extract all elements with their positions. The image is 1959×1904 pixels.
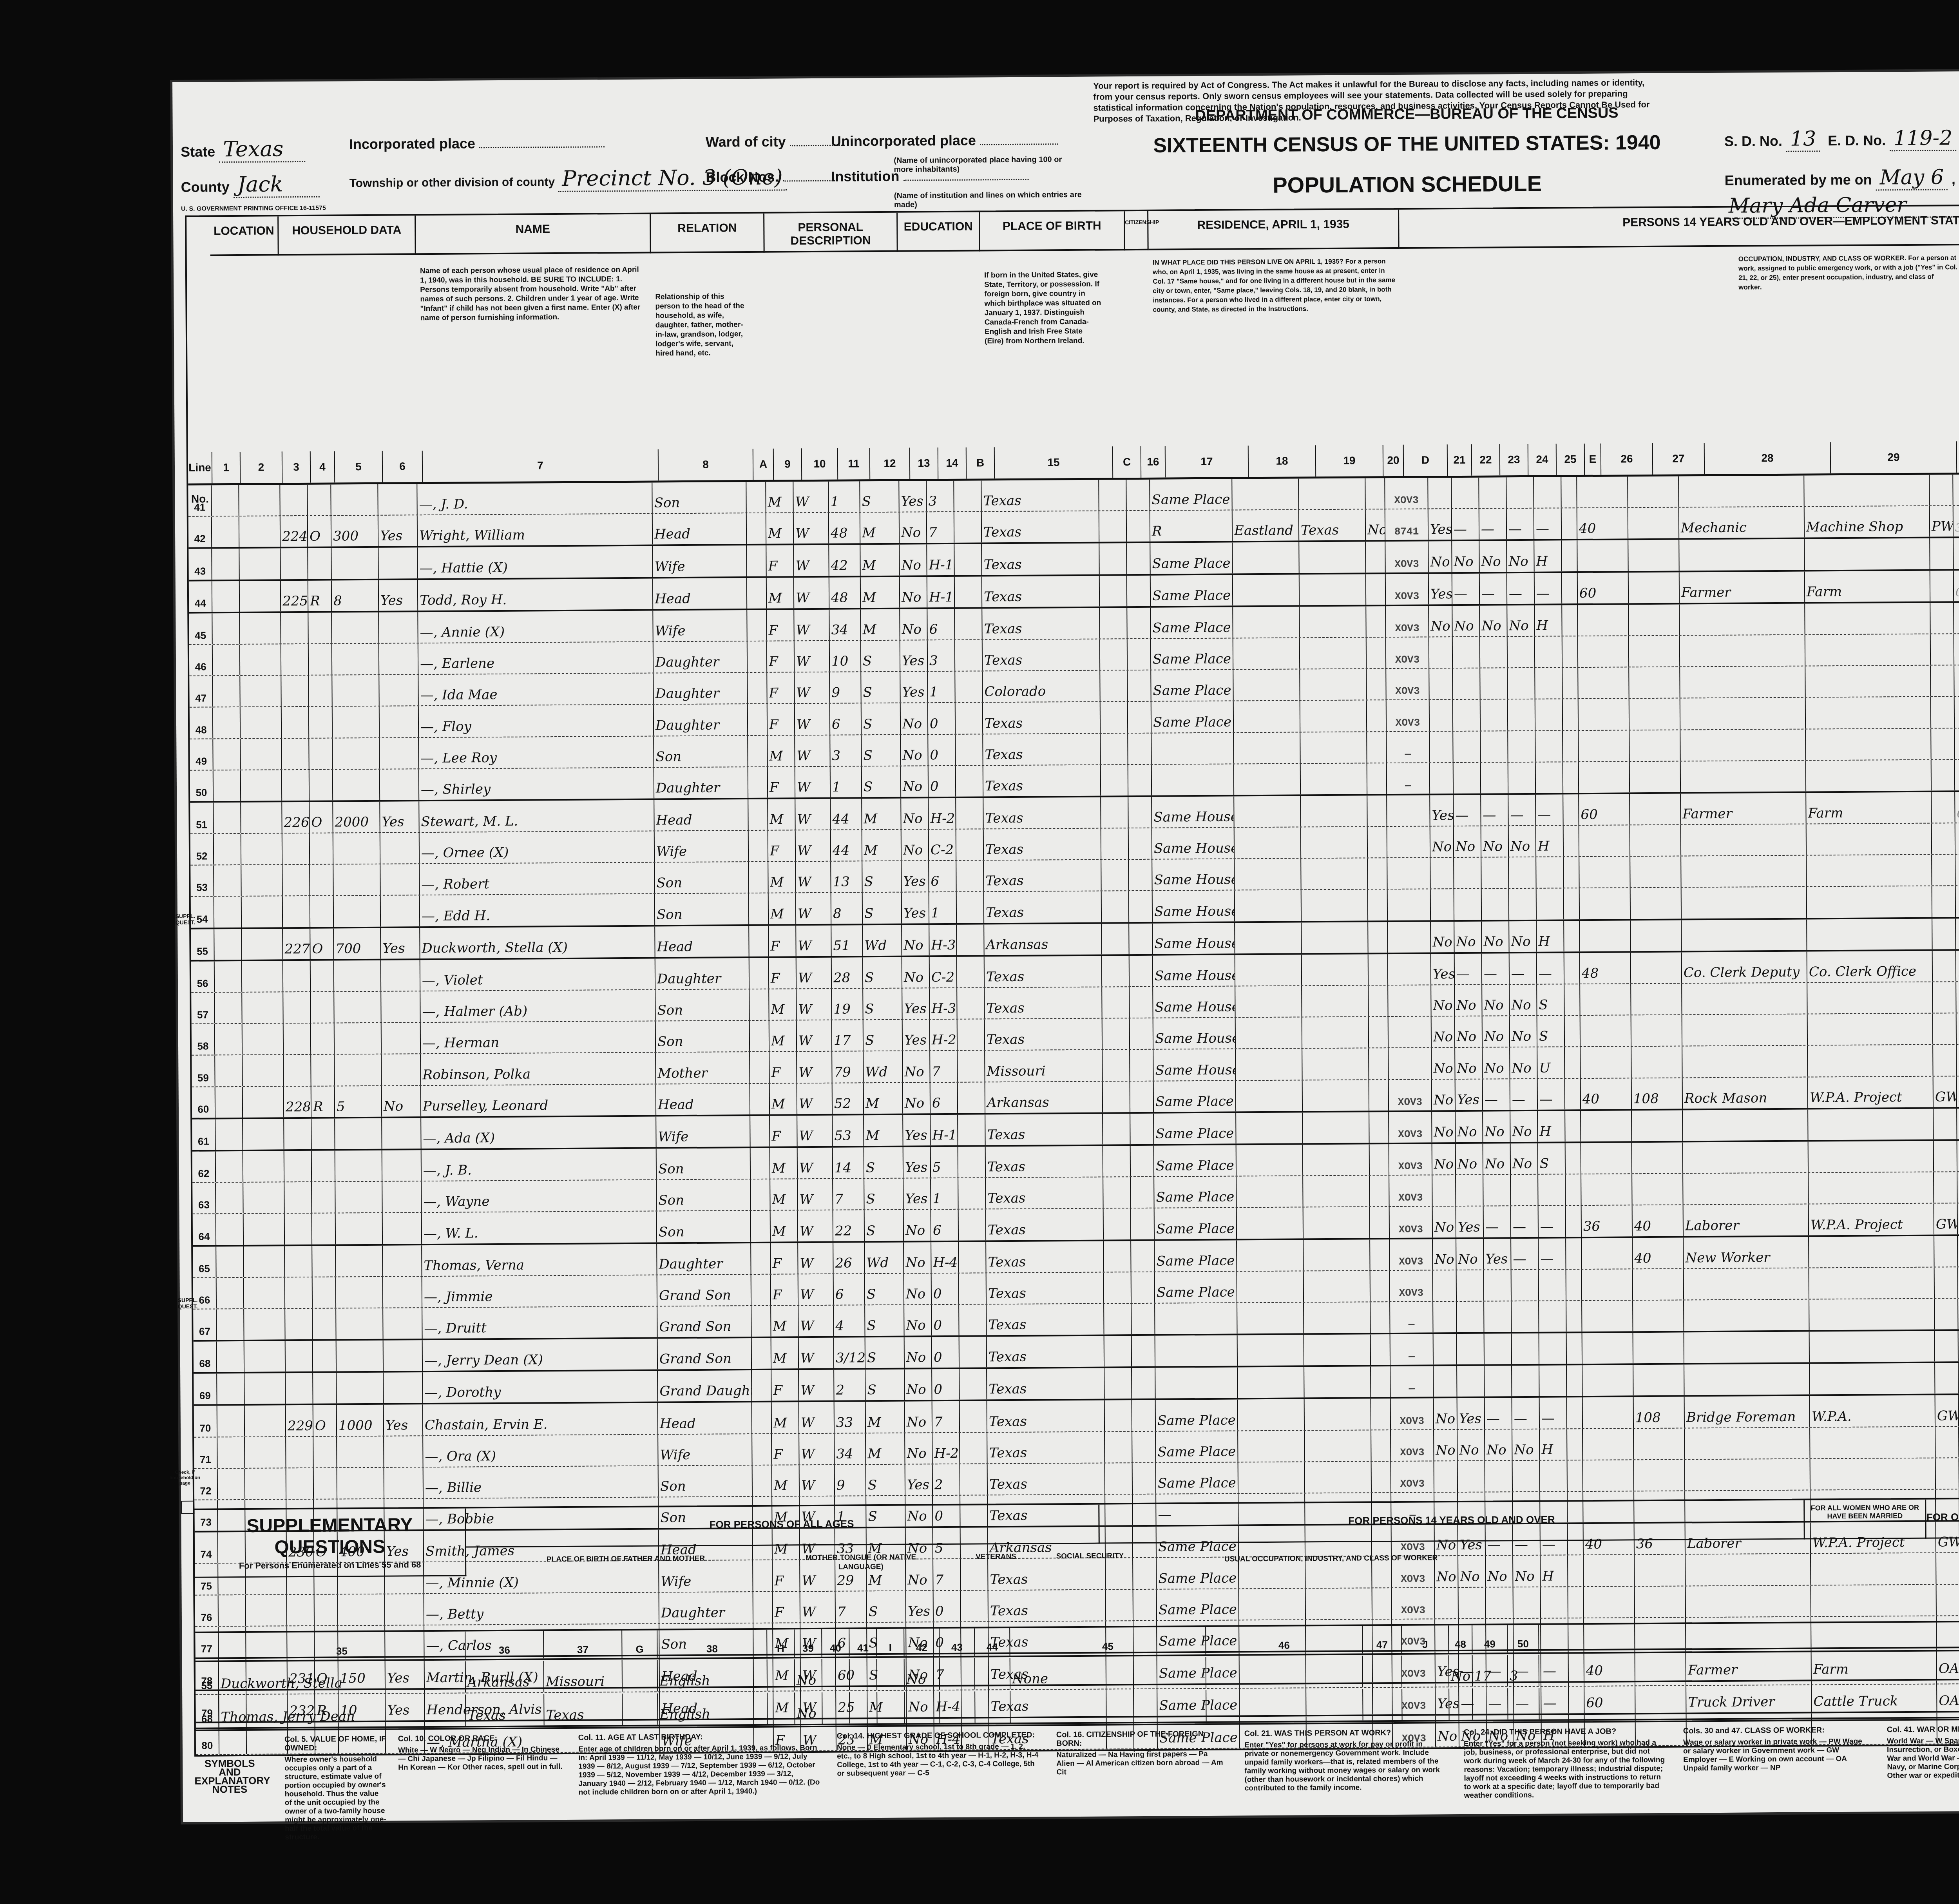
cell-val <box>337 1436 384 1467</box>
cell-age: 48 <box>829 513 860 543</box>
cell-race: W <box>799 1338 834 1369</box>
cell-w25 <box>1540 1460 1568 1491</box>
cell-stamp: XOV3 <box>1385 542 1429 572</box>
cell-blank <box>956 798 983 829</box>
cell-blank <box>958 1114 985 1145</box>
cell-own: O <box>310 928 334 959</box>
census-sheet: Your report is required by Act of Congre… <box>172 69 1959 1822</box>
printing-office: U. S. GOVERNMENT PRINTING OFFICE 16-1157… <box>181 205 326 213</box>
cell-own <box>313 1341 337 1372</box>
cell-mar: S <box>864 1147 903 1178</box>
cell-line: 48 <box>190 708 213 739</box>
cell-blank <box>215 1119 243 1150</box>
cell-occ: Mechanic <box>1679 507 1805 538</box>
cell-hrs <box>1579 857 1630 888</box>
cell-name: —, Violet <box>420 958 655 991</box>
supp-cell-ss <box>905 1692 940 1723</box>
cell-grade: 0 <box>928 734 956 765</box>
cell-name: —, Earlene <box>418 642 654 674</box>
cell-sex: M <box>772 1465 800 1496</box>
cell-blank <box>751 1211 771 1241</box>
cell-w22: Yes <box>1457 1398 1485 1429</box>
cell-blank <box>1132 1400 1156 1431</box>
cell-blank <box>751 1179 770 1210</box>
cell-w24: — <box>1512 1398 1540 1429</box>
cell-occ <box>1684 1364 1810 1395</box>
cell-code: 000 VV 4 <box>1955 792 1959 823</box>
cell-blank <box>1566 1143 1581 1174</box>
cell-hrs <box>1583 1397 1634 1428</box>
cell-stamp: — <box>1387 763 1430 794</box>
cell-rel: Son <box>652 482 746 513</box>
cell-sex: M <box>771 1338 799 1369</box>
cell-val <box>333 738 380 769</box>
cell-w23 <box>1484 1270 1512 1301</box>
cell-line: 47 <box>189 676 213 707</box>
cell-blank <box>1132 1368 1155 1399</box>
supp-cell-usual_occ: None <box>1010 1657 1206 1689</box>
cell-blank <box>1132 1431 1156 1462</box>
cell-name: —, Druitt <box>422 1306 657 1339</box>
cell-grade: 7 <box>932 1401 960 1432</box>
cell-hh <box>285 1246 312 1277</box>
note-col14: Col. 14. HIGHEST GRADE OF SCHOOL COMPLET… <box>837 1731 1041 1778</box>
cell-cls <box>1934 1172 1957 1203</box>
cell-w24: — <box>1507 573 1535 604</box>
cell-rel: Grand Son <box>657 1275 751 1306</box>
cell-birth: Texas <box>987 1432 1105 1463</box>
cell-rel: Wife <box>653 610 747 641</box>
cell-birth: Texas <box>982 576 1100 607</box>
cell-line: 50 <box>190 770 214 801</box>
unincorporated-field: Unincorporated place <box>831 132 1058 150</box>
cell-blank <box>956 766 983 797</box>
cell-hh <box>286 1341 313 1372</box>
cell-rel: Daughter <box>654 673 748 704</box>
cell-occ <box>1683 1109 1808 1141</box>
cell-rel: Head <box>656 1084 750 1115</box>
cell-w22: No <box>1456 1239 1484 1270</box>
note-col21: Col. 21. WAS THIS PERSON AT WORK?Enter "… <box>1244 1728 1448 1793</box>
cell-res: Same House <box>1153 1049 1236 1080</box>
incorporated-place-field: Incorporated place <box>349 134 605 152</box>
cell-w23: — <box>1479 509 1507 540</box>
cell-blank <box>1129 923 1153 954</box>
cell-line: 63 <box>192 1183 216 1214</box>
cell-state <box>1304 1334 1371 1365</box>
cell-line: 60 <box>192 1087 215 1118</box>
cell-blank <box>1104 1368 1132 1399</box>
supp-cell-name: Thomas, Jerry Dean <box>219 1695 466 1728</box>
cell-farm <box>379 675 418 706</box>
cell-name: Robinson, Polka <box>421 1053 656 1085</box>
cell-hrs: 48 <box>1580 953 1631 984</box>
cell-blank <box>1130 987 1153 1018</box>
supp-cell-blank <box>1206 1656 1363 1688</box>
cell-mar: S <box>863 957 902 988</box>
cell-farm <box>384 1372 423 1403</box>
cell-sch: No <box>905 1337 932 1368</box>
cell-blank <box>1100 639 1128 670</box>
cell-state <box>1300 638 1367 668</box>
cell-w25: S <box>1538 1143 1566 1174</box>
cell-state <box>1302 986 1369 1016</box>
suppl-quest-label-68: SUPPL. QUEST. <box>176 1297 199 1310</box>
supp-group-women: FOR ALL WOMEN WHO ARE OR HAVE BEEN MARRI… <box>1805 1500 1926 1540</box>
cell-val: 5 <box>335 1086 382 1117</box>
cell-birth: Texas <box>986 1178 1103 1209</box>
cell-blank <box>1127 575 1151 606</box>
cell-line: 53 <box>190 866 214 897</box>
cell-farm35 <box>1368 858 1387 889</box>
cell-grade: 0 <box>932 1337 960 1368</box>
cell-stamp: XOV3 <box>1386 637 1429 668</box>
cell-blank <box>1567 1398 1583 1428</box>
cell-hh: 226 <box>282 802 310 833</box>
cell-blank <box>1100 670 1128 701</box>
cell-blank <box>1131 1177 1154 1208</box>
cell-sch: Yes <box>899 481 927 512</box>
cell-birth: Texas <box>988 1463 1105 1495</box>
supp-cell-father: Arkansas <box>466 1661 544 1692</box>
cell-stamp: XOV3 <box>1386 606 1429 637</box>
note-col30: Cols. 30 and 47. CLASS OF WORKER:Wage or… <box>1683 1726 1868 1773</box>
cell-name: —, Herman <box>421 1022 656 1054</box>
cell-sex: F <box>768 830 796 861</box>
cell-w24: — <box>1511 1238 1539 1269</box>
cell-sex: M <box>769 989 797 1020</box>
cell-blank <box>748 641 767 672</box>
cell-cls <box>1935 1267 1958 1298</box>
cell-val <box>335 1054 382 1085</box>
cell-occ <box>1683 1141 1809 1173</box>
cell-farm35 <box>1370 1207 1390 1237</box>
cell-farm <box>383 1308 422 1339</box>
cell-blank <box>1101 860 1129 891</box>
cell-blank <box>750 1083 770 1114</box>
cell-name: —, J. D. <box>417 483 652 515</box>
cell-farm35 <box>1371 1430 1391 1461</box>
cell-ind <box>1808 1109 1934 1140</box>
supp-cell-blank <box>940 1658 975 1690</box>
cell-hh <box>286 1437 313 1467</box>
cell-name: Todd, Roy H. <box>418 578 653 611</box>
cell-hrs <box>1582 1269 1633 1300</box>
cell-age: 10 <box>830 641 861 672</box>
cell-mar: S <box>861 672 900 703</box>
cell-age: 26 <box>833 1243 865 1274</box>
cell-val <box>336 1213 383 1244</box>
cell-state: Texas <box>1299 510 1366 541</box>
cell-w22: No <box>1455 1016 1483 1047</box>
county-value: Jack <box>233 172 319 198</box>
cell-cls: PW <box>1930 506 1954 537</box>
cell-farm35 <box>1370 1144 1389 1175</box>
cell-birth: Texas <box>986 1146 1103 1177</box>
cell-occ <box>1685 1459 1811 1490</box>
cell-own <box>313 1308 336 1339</box>
cell-county <box>1236 1018 1302 1049</box>
cell-blank <box>750 1116 770 1146</box>
cell-cls <box>1930 603 1954 634</box>
cell-hh <box>282 865 310 896</box>
household-checkbox[interactable] <box>181 1501 194 1514</box>
cell-line: 67 <box>193 1309 217 1340</box>
cell-blank <box>749 893 769 924</box>
cell-blank <box>747 610 767 641</box>
cell-blank <box>1130 1018 1153 1049</box>
cell-blank <box>749 831 768 861</box>
supp-cell-blank <box>877 1692 905 1723</box>
cell-line: 61 <box>192 1119 215 1150</box>
cell-blank <box>1104 1304 1132 1335</box>
cell-blank <box>1101 828 1129 859</box>
cell-code <box>1954 665 1959 696</box>
cell-w24 <box>1508 762 1536 793</box>
cell-line: 71 <box>194 1437 217 1468</box>
cell-blank <box>1131 1208 1155 1239</box>
cell-hrs <box>1578 667 1629 698</box>
supp-cell-tongue: English <box>658 1659 768 1692</box>
cell-own <box>308 485 331 516</box>
cell-mar: Wd <box>863 925 902 956</box>
cell-blank <box>956 734 983 765</box>
cell-wks <box>1629 667 1680 698</box>
cell-blank <box>956 861 984 892</box>
cell-ind: W.P.A. Project <box>1809 1204 1934 1235</box>
cell-grade: H-4 <box>931 1242 959 1273</box>
cell-hh <box>282 707 309 738</box>
cell-hrs <box>1578 605 1629 636</box>
cell-county <box>1237 1208 1304 1239</box>
cell-w25: — <box>1537 953 1564 984</box>
cell-own <box>313 1437 337 1467</box>
cell-blank <box>1129 891 1153 922</box>
cell-blank <box>1129 828 1152 859</box>
cell-blank <box>959 1304 987 1335</box>
cell-name: —, J. B. <box>422 1149 657 1181</box>
cell-age: 3 <box>830 735 862 766</box>
cell-rel: Head <box>655 926 749 957</box>
cell-hrs: 40 <box>1581 1078 1632 1109</box>
cell-rel: Son <box>657 1179 751 1211</box>
cell-age: 34 <box>835 1433 866 1464</box>
cell-blank <box>1126 480 1150 511</box>
cell-age: 9 <box>835 1465 866 1496</box>
supp-col-number: I <box>877 1629 904 1656</box>
cell-birth: Texas <box>986 1241 1104 1272</box>
cell-ind <box>1807 824 1932 855</box>
cell-code: 000 VV 4 <box>1954 570 1959 601</box>
cell-stamp <box>1387 858 1430 889</box>
cell-grade: 0 <box>929 766 956 797</box>
cell-sex: M <box>770 1148 798 1179</box>
cell-w25: S <box>1537 1016 1565 1047</box>
cell-farm35 <box>1369 1017 1389 1047</box>
cell-wks <box>1633 1333 1684 1364</box>
cell-sch: No <box>901 766 929 797</box>
cell-cls <box>1930 475 1953 505</box>
cell-farm <box>384 1436 423 1467</box>
cell-age: 1 <box>829 481 860 512</box>
cell-code <box>1955 696 1959 728</box>
cell-age: 51 <box>831 925 863 956</box>
cell-wks: 40 <box>1633 1237 1684 1268</box>
cell-blank <box>747 545 766 576</box>
cell-wks <box>1630 825 1681 856</box>
cell-val <box>333 833 380 864</box>
cell-name: —, Floy <box>419 705 654 737</box>
cell-mar: M <box>866 1433 905 1464</box>
cell-race: W <box>793 482 829 513</box>
cell-wks <box>1629 636 1680 667</box>
cell-hrs <box>1582 1238 1633 1269</box>
cell-state <box>1302 1017 1369 1048</box>
check-household-note: Check, if household on page <box>169 1469 201 1486</box>
cell-blank <box>1562 508 1577 539</box>
cell-sch: Yes <box>903 1115 931 1146</box>
cell-val: 300 <box>331 516 378 547</box>
cell-birth: Texas <box>985 956 1102 987</box>
cell-birth: Texas <box>983 702 1101 734</box>
cell-w21: No <box>1432 1144 1456 1175</box>
cell-res: Same House <box>1153 955 1235 986</box>
cell-sch: No <box>904 1274 932 1304</box>
cell-w21 <box>1432 1175 1456 1206</box>
ward-field: Ward of city <box>706 133 845 150</box>
group-location: LOCATION <box>210 216 279 256</box>
cell-line: 68 <box>194 1341 217 1372</box>
cell-age: 1 <box>831 766 862 797</box>
supp-cell-line: 68 <box>196 1696 219 1727</box>
cell-farm: Yes <box>384 1405 423 1436</box>
cell-county <box>1234 796 1301 827</box>
cell-rel: Son <box>657 1148 751 1179</box>
cell-occ <box>1681 761 1806 792</box>
cell-w22 <box>1453 700 1481 731</box>
cell-res: Same House <box>1153 923 1235 954</box>
cell-county <box>1235 922 1302 953</box>
cell-val <box>337 1373 384 1404</box>
cell-farm <box>382 1023 421 1054</box>
cell-hrs <box>1579 699 1629 730</box>
cell-code: 988 V9 2 <box>1958 1203 1959 1234</box>
cell-w23 <box>1485 1366 1512 1397</box>
cell-hrs: 60 <box>1579 794 1630 825</box>
cell-blank <box>245 1468 286 1499</box>
cell-code <box>1956 886 1959 917</box>
cell-state <box>1305 1430 1371 1461</box>
cell-farm35 <box>1367 732 1387 763</box>
cell-stamp: XOV3 <box>1389 1112 1432 1143</box>
cell-w23: — <box>1485 1398 1512 1429</box>
cell-occ <box>1682 919 1807 951</box>
cell-val <box>332 675 379 706</box>
cell-hh: 227 <box>283 929 310 960</box>
supp-col-number: 46 <box>1206 1626 1363 1654</box>
cell-race: W <box>797 958 832 989</box>
county-field: County Jack <box>181 172 319 198</box>
cell-hrs <box>1580 920 1631 951</box>
cell-wks <box>1631 920 1682 951</box>
cell-hh: 228 <box>284 1086 311 1117</box>
cell-blank <box>239 516 281 547</box>
cell-county <box>1233 670 1300 701</box>
cell-line: 46 <box>189 645 213 676</box>
cell-sex: F <box>767 641 795 672</box>
cell-occ <box>1679 539 1805 571</box>
group-citizenship: CITIZENSHIP <box>1125 211 1149 250</box>
cell-occ <box>1681 824 1807 856</box>
cell-w23: — <box>1483 1079 1510 1110</box>
cell-wks: 40 <box>1633 1205 1684 1236</box>
cell-w24: No <box>1510 1047 1537 1078</box>
cell-w23 <box>1485 1333 1512 1364</box>
cell-race: W <box>798 1210 833 1241</box>
cell-stamp: XOV3 <box>1391 1461 1434 1492</box>
cell-sex: M <box>767 578 794 609</box>
column-headers: LOCATION HOUSEHOLD DATA NAME RELATION PE… <box>186 205 1959 486</box>
cell-ind: Co. Clerk Office <box>1807 951 1933 982</box>
cell-farm35 <box>1371 1334 1390 1365</box>
cell-stamp: XOV3 <box>1387 700 1430 731</box>
cell-w25 <box>1537 889 1564 920</box>
cell-occ: Rock Mason <box>1683 1077 1808 1109</box>
cell-blank <box>1132 1304 1155 1335</box>
cell-w25: H <box>1534 541 1562 572</box>
cell-farm35 <box>1365 478 1385 509</box>
cell-grade: H-2 <box>929 798 956 829</box>
cell-name: —, Billie <box>424 1466 659 1498</box>
cell-mar: S <box>864 1179 903 1210</box>
cell-w22: — <box>1455 953 1482 984</box>
cell-birth: Texas <box>986 1209 1104 1240</box>
cell-cls <box>1932 823 1955 854</box>
cell-sch: No <box>905 1369 932 1400</box>
cell-w21: Yes <box>1431 954 1455 985</box>
cell-county <box>1236 1049 1302 1080</box>
cell-val: 8 <box>332 580 379 611</box>
cell-birth: Texas <box>982 543 1099 575</box>
occupation-instructions: OCCUPATION, INDUSTRY, AND CLASS OF WORKE… <box>1738 253 1958 292</box>
cell-blank <box>1563 731 1579 761</box>
cell-stamp: XOV3 <box>1389 1144 1432 1175</box>
cell-state <box>1299 542 1366 573</box>
cell-state <box>1302 890 1368 921</box>
cell-grade: 0 <box>932 1369 960 1400</box>
cell-farm <box>383 1277 422 1308</box>
cell-stamp: XOV3 <box>1390 1207 1433 1238</box>
cell-w25 <box>1535 668 1562 699</box>
cell-w25: H <box>1537 921 1564 952</box>
cell-farm: Yes <box>380 801 419 832</box>
cell-state <box>1302 1049 1369 1080</box>
cell-wks <box>1629 730 1680 761</box>
cell-w24: No <box>1510 1016 1537 1047</box>
cell-sex: F <box>772 1434 799 1465</box>
cell-birth: Texas <box>985 1019 1103 1050</box>
supp-cell-blank <box>850 1659 877 1690</box>
cell-w23: No <box>1483 1016 1510 1047</box>
cell-res <box>1152 764 1234 795</box>
cell-w23: No <box>1483 1048 1510 1079</box>
cell-ind <box>1806 728 1931 760</box>
cell-occ: Bridge Foreman <box>1685 1396 1810 1428</box>
cell-state <box>1302 922 1368 953</box>
cell-county <box>1233 638 1300 669</box>
cell-blank <box>1101 734 1128 764</box>
cell-race: W <box>797 1020 832 1051</box>
